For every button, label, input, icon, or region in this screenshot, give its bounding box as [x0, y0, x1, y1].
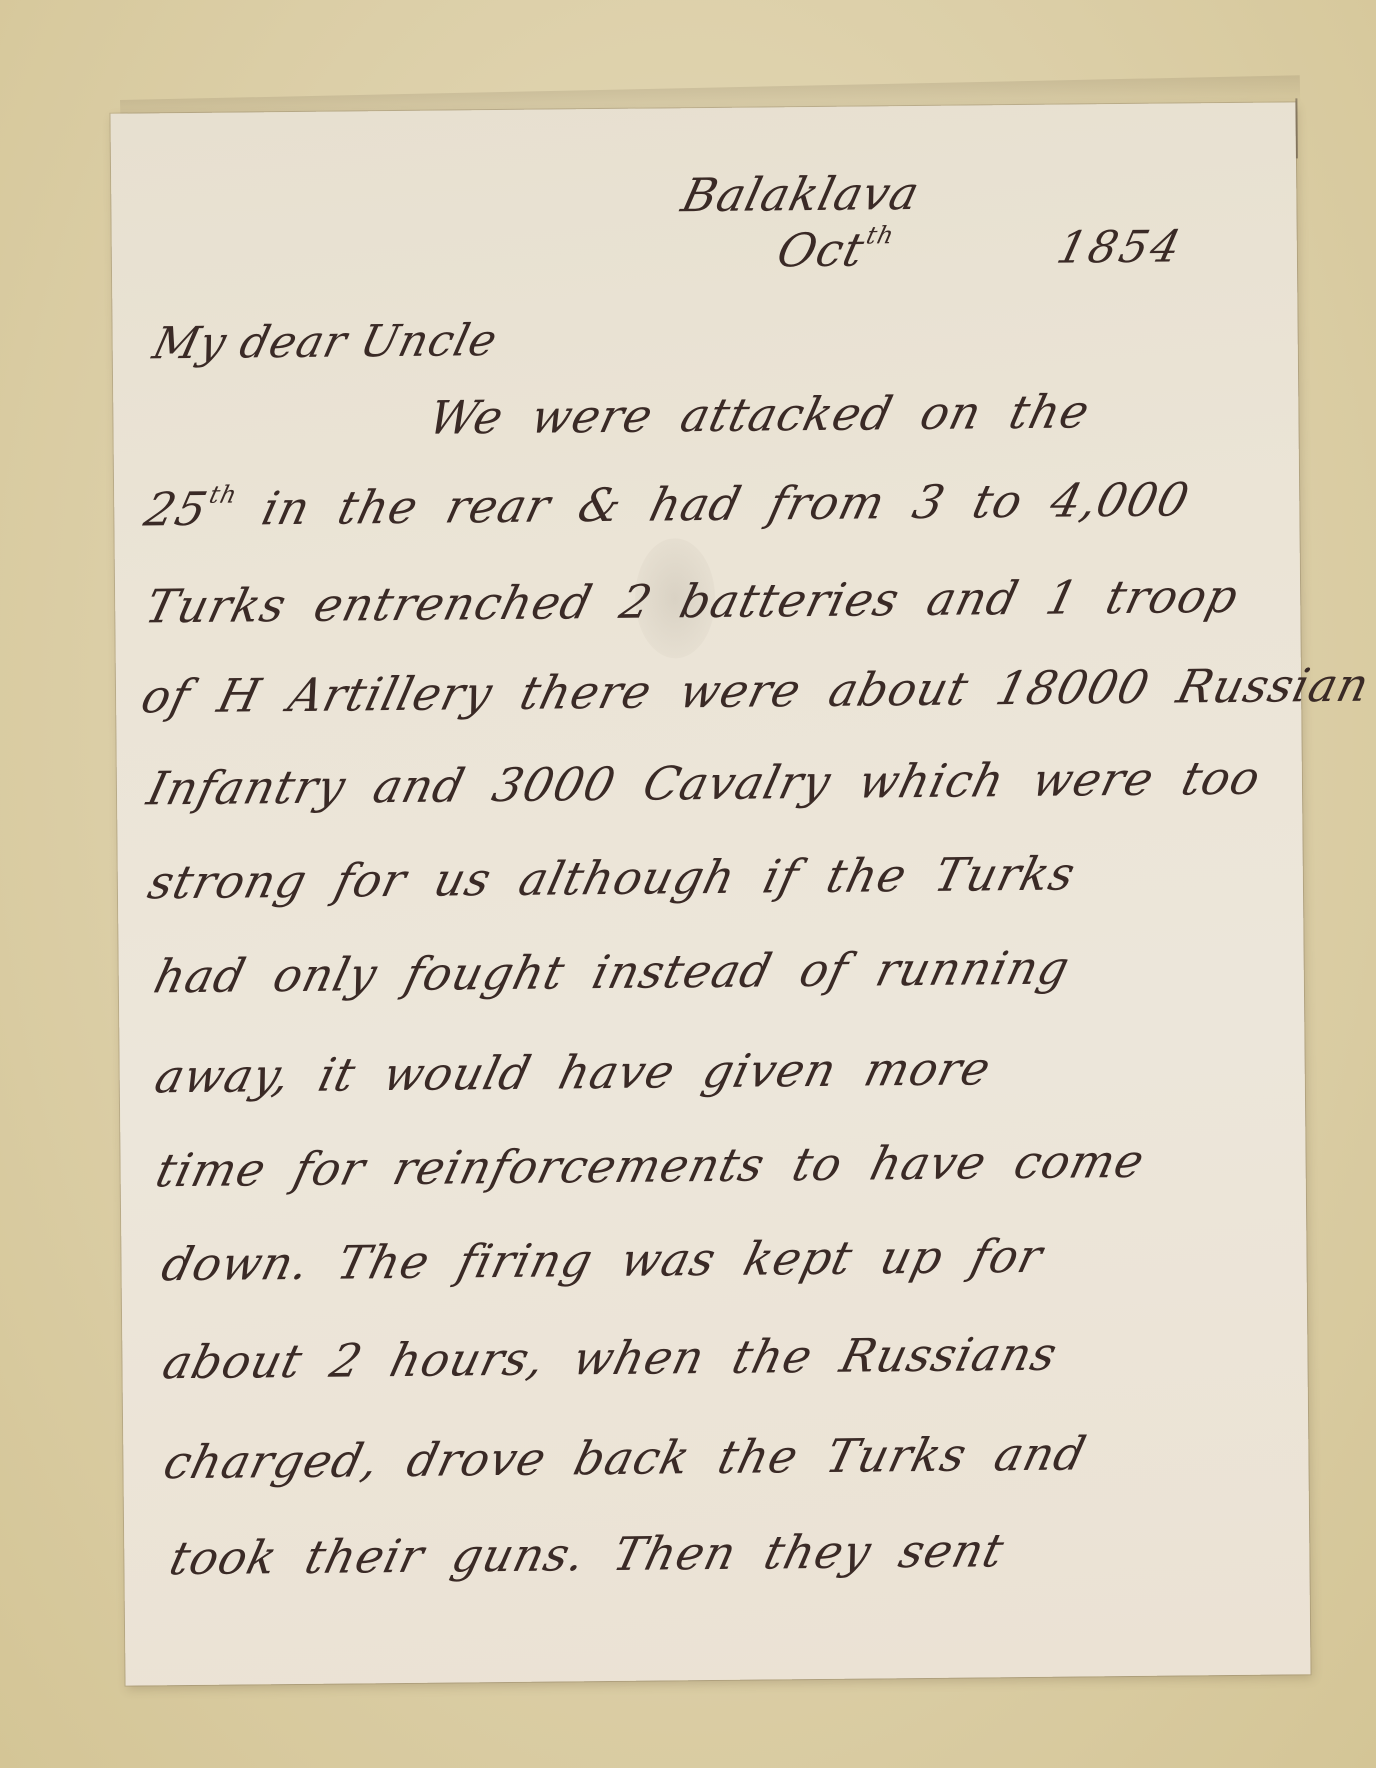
- letter-line-4: of H Artillery there were about 18000 Ru…: [136, 658, 1375, 724]
- letter-line-6: strong for us although if the Turks: [143, 846, 1081, 909]
- letter-month-suffix: th: [864, 221, 898, 249]
- letter-sheet: Balaklava Octth 1854 My dear Uncle We we…: [110, 102, 1310, 1685]
- letter-salutation: My dear Uncle: [148, 315, 503, 369]
- letter-line-12: charged, drove back the Turks and: [159, 1426, 1092, 1489]
- letter-line-11: about 2 hours, when the Russians: [158, 1327, 1063, 1390]
- letter-line-2-prefix: 25: [140, 482, 213, 537]
- letter-line-5: Infantry and 3000 Cavalry which were too: [142, 751, 1266, 816]
- letter-place: Balaklava: [677, 166, 926, 222]
- letter-line-2-text: in the rear & had from 3 to 4,000: [227, 472, 1195, 535]
- letter-line-7: had only fought instead of running: [149, 940, 1075, 1003]
- letter-month: Oct: [772, 222, 870, 277]
- letter-date: Octth: [772, 221, 897, 277]
- letter-line-1: We were attacked on the: [424, 384, 1096, 444]
- letter-line-3: Turks entrenched 2 batteries and 1 troop: [140, 569, 1244, 634]
- letter-year: 1854: [1052, 221, 1188, 273]
- letter-line-9: time for reinforcements to have come: [151, 1134, 1150, 1198]
- letter-line-13: took their guns. Then they sent: [165, 1523, 1010, 1585]
- letter-line-8: away, it would have given more: [150, 1041, 997, 1103]
- letter-line-10: down. The firing was kept up for: [157, 1229, 1049, 1292]
- letter-line-2: 25th in the rear & had from 3 to 4,000: [140, 471, 1196, 536]
